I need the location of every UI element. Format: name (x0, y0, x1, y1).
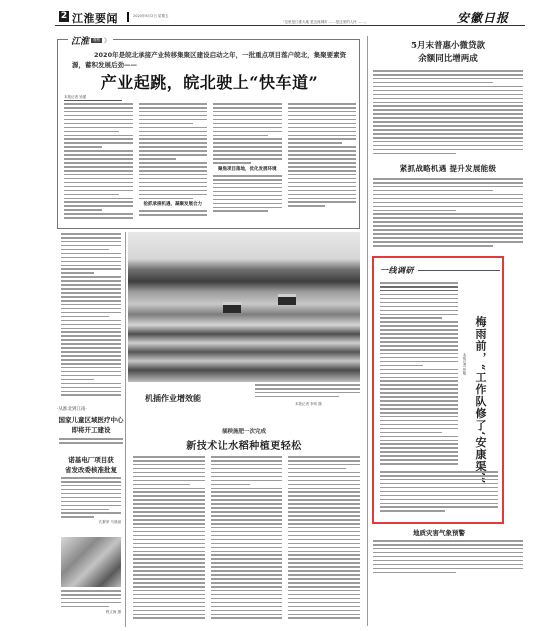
tech-story-body (133, 456, 360, 631)
lead-headline[interactable]: 产业起跳，皖北驶上“快车道” (58, 70, 361, 93)
page-number: 2 (59, 11, 69, 22)
story-body (59, 438, 123, 448)
masthead-slogan: 「这里是江淮大地 是这座城市 ……是这里的人民 ……」 (281, 20, 368, 25)
kicker-tag: 观察 (91, 38, 102, 43)
column-divider (125, 232, 126, 627)
section-name: 江淮要闻 (72, 10, 118, 26)
feature-byline: 本报记者 张敏 (463, 353, 468, 375)
text-column (288, 103, 357, 225)
feature-box-frontline-report: 一线调研 梅雨前，“工作队修了‘安康渠’” 本报记者 张敏 (372, 256, 504, 524)
kicker-logo: 江淮 (71, 34, 89, 47)
newspaper-page: 2 江淮要闻 2020年6月2日 星期五 「这里是江淮大地 是这座城市 ……是这… (55, 0, 525, 631)
lead-subhead: 抢抓承接机遇，凝聚发展合力 (139, 201, 208, 207)
feature-headline[interactable]: 梅雨前，“工作队修了‘安康渠’” (473, 316, 487, 484)
photo-credit: 本报记者 李玮 摄 (295, 402, 322, 407)
column-logo: 一线调研 (380, 265, 414, 276)
lead-body: 抢抓承接机遇，凝聚发展合力 聚焦项目落地，优化发展环境 (64, 103, 356, 225)
story-body: 孔繁荣 马晨丽 (61, 477, 121, 532)
text-column (64, 103, 133, 225)
text-column: 抢抓承接机遇，凝聚发展合力 (139, 103, 208, 225)
left-column-continued (61, 233, 121, 403)
headline-text: 国家儿童区域医疗中心 即将开工建设 (59, 416, 124, 434)
children-photo[interactable] (61, 537, 121, 587)
kicker-arrow-icon: 》 (104, 36, 110, 45)
text-column: 聚焦项目落地，优化发展环境 (213, 103, 282, 225)
header-rule (418, 270, 500, 271)
feature-body-continued (380, 471, 498, 519)
tech-story-kicker: 插秧施肥一次完成 (128, 427, 360, 435)
story-headline-power-plant[interactable]: 诺基电厂项目获 省发改委核准批复 (57, 455, 125, 475)
byline-rule (64, 100, 122, 101)
column-divider (367, 36, 368, 626)
loan-story-body (373, 70, 523, 165)
headline-text: 诺基电厂项目获 省发改委核准批复 (65, 456, 117, 474)
masthead: 2 江淮要闻 2020年6月2日 星期五 「这里是江淮大地 是这座城市 ……是这… (55, 10, 525, 26)
photo-credit: 程文海 摄 (61, 610, 121, 615)
paper-logo: 安徽日报 (457, 9, 509, 26)
strategy-story-headline[interactable]: 紧抓战略机遇 提升发展能级 (373, 163, 523, 174)
text-column (61, 233, 121, 403)
loan-story-headline[interactable]: 5月末普惠小微贷款 余额同比增两成 (373, 40, 523, 66)
transplanter-machine (278, 294, 296, 305)
story-credit: 孔繁荣 马晨丽 (61, 520, 121, 525)
weather-story-body (373, 540, 523, 580)
column-kicker: 江淮 观察 》 (68, 34, 113, 47)
transplanter-machine (223, 302, 241, 313)
series-label: ·从淮北到江南· (57, 406, 87, 412)
story-headline-childrens-hospital[interactable]: 国家儿童区域医疗中心 即将开工建设 (57, 415, 125, 435)
strategy-story-body (373, 178, 523, 253)
lead-subhead: 聚焦项目落地，优化发展环境 (213, 166, 282, 172)
main-photo-caption (255, 384, 360, 400)
feature-box-header: 一线调研 (380, 265, 500, 276)
photo-caption: 程文海 摄 (61, 590, 121, 615)
rice-transplanting-photo[interactable] (128, 232, 360, 382)
headline-text: 5月末普惠小微贷款 余额同比增两成 (411, 41, 485, 64)
tech-story-headline[interactable]: 新技术让水稻种植更轻松 (128, 437, 360, 452)
weather-warning-headline[interactable]: 地质灾害气象预警 (373, 528, 505, 537)
issue-date: 2020年6月2日 星期五 (133, 14, 168, 19)
lead-story: 江淮 观察 》 2020年是皖北承接产业转移集聚区建设启动之年，一批重点项目落户… (57, 39, 360, 229)
lead-subtitle: 2020年是皖北承接产业转移集聚区建设启动之年，一批重点项目落户皖北，集聚要素资… (72, 50, 352, 70)
photo-headline: 机插作业增效能 (145, 393, 201, 404)
section-divider (127, 12, 129, 22)
